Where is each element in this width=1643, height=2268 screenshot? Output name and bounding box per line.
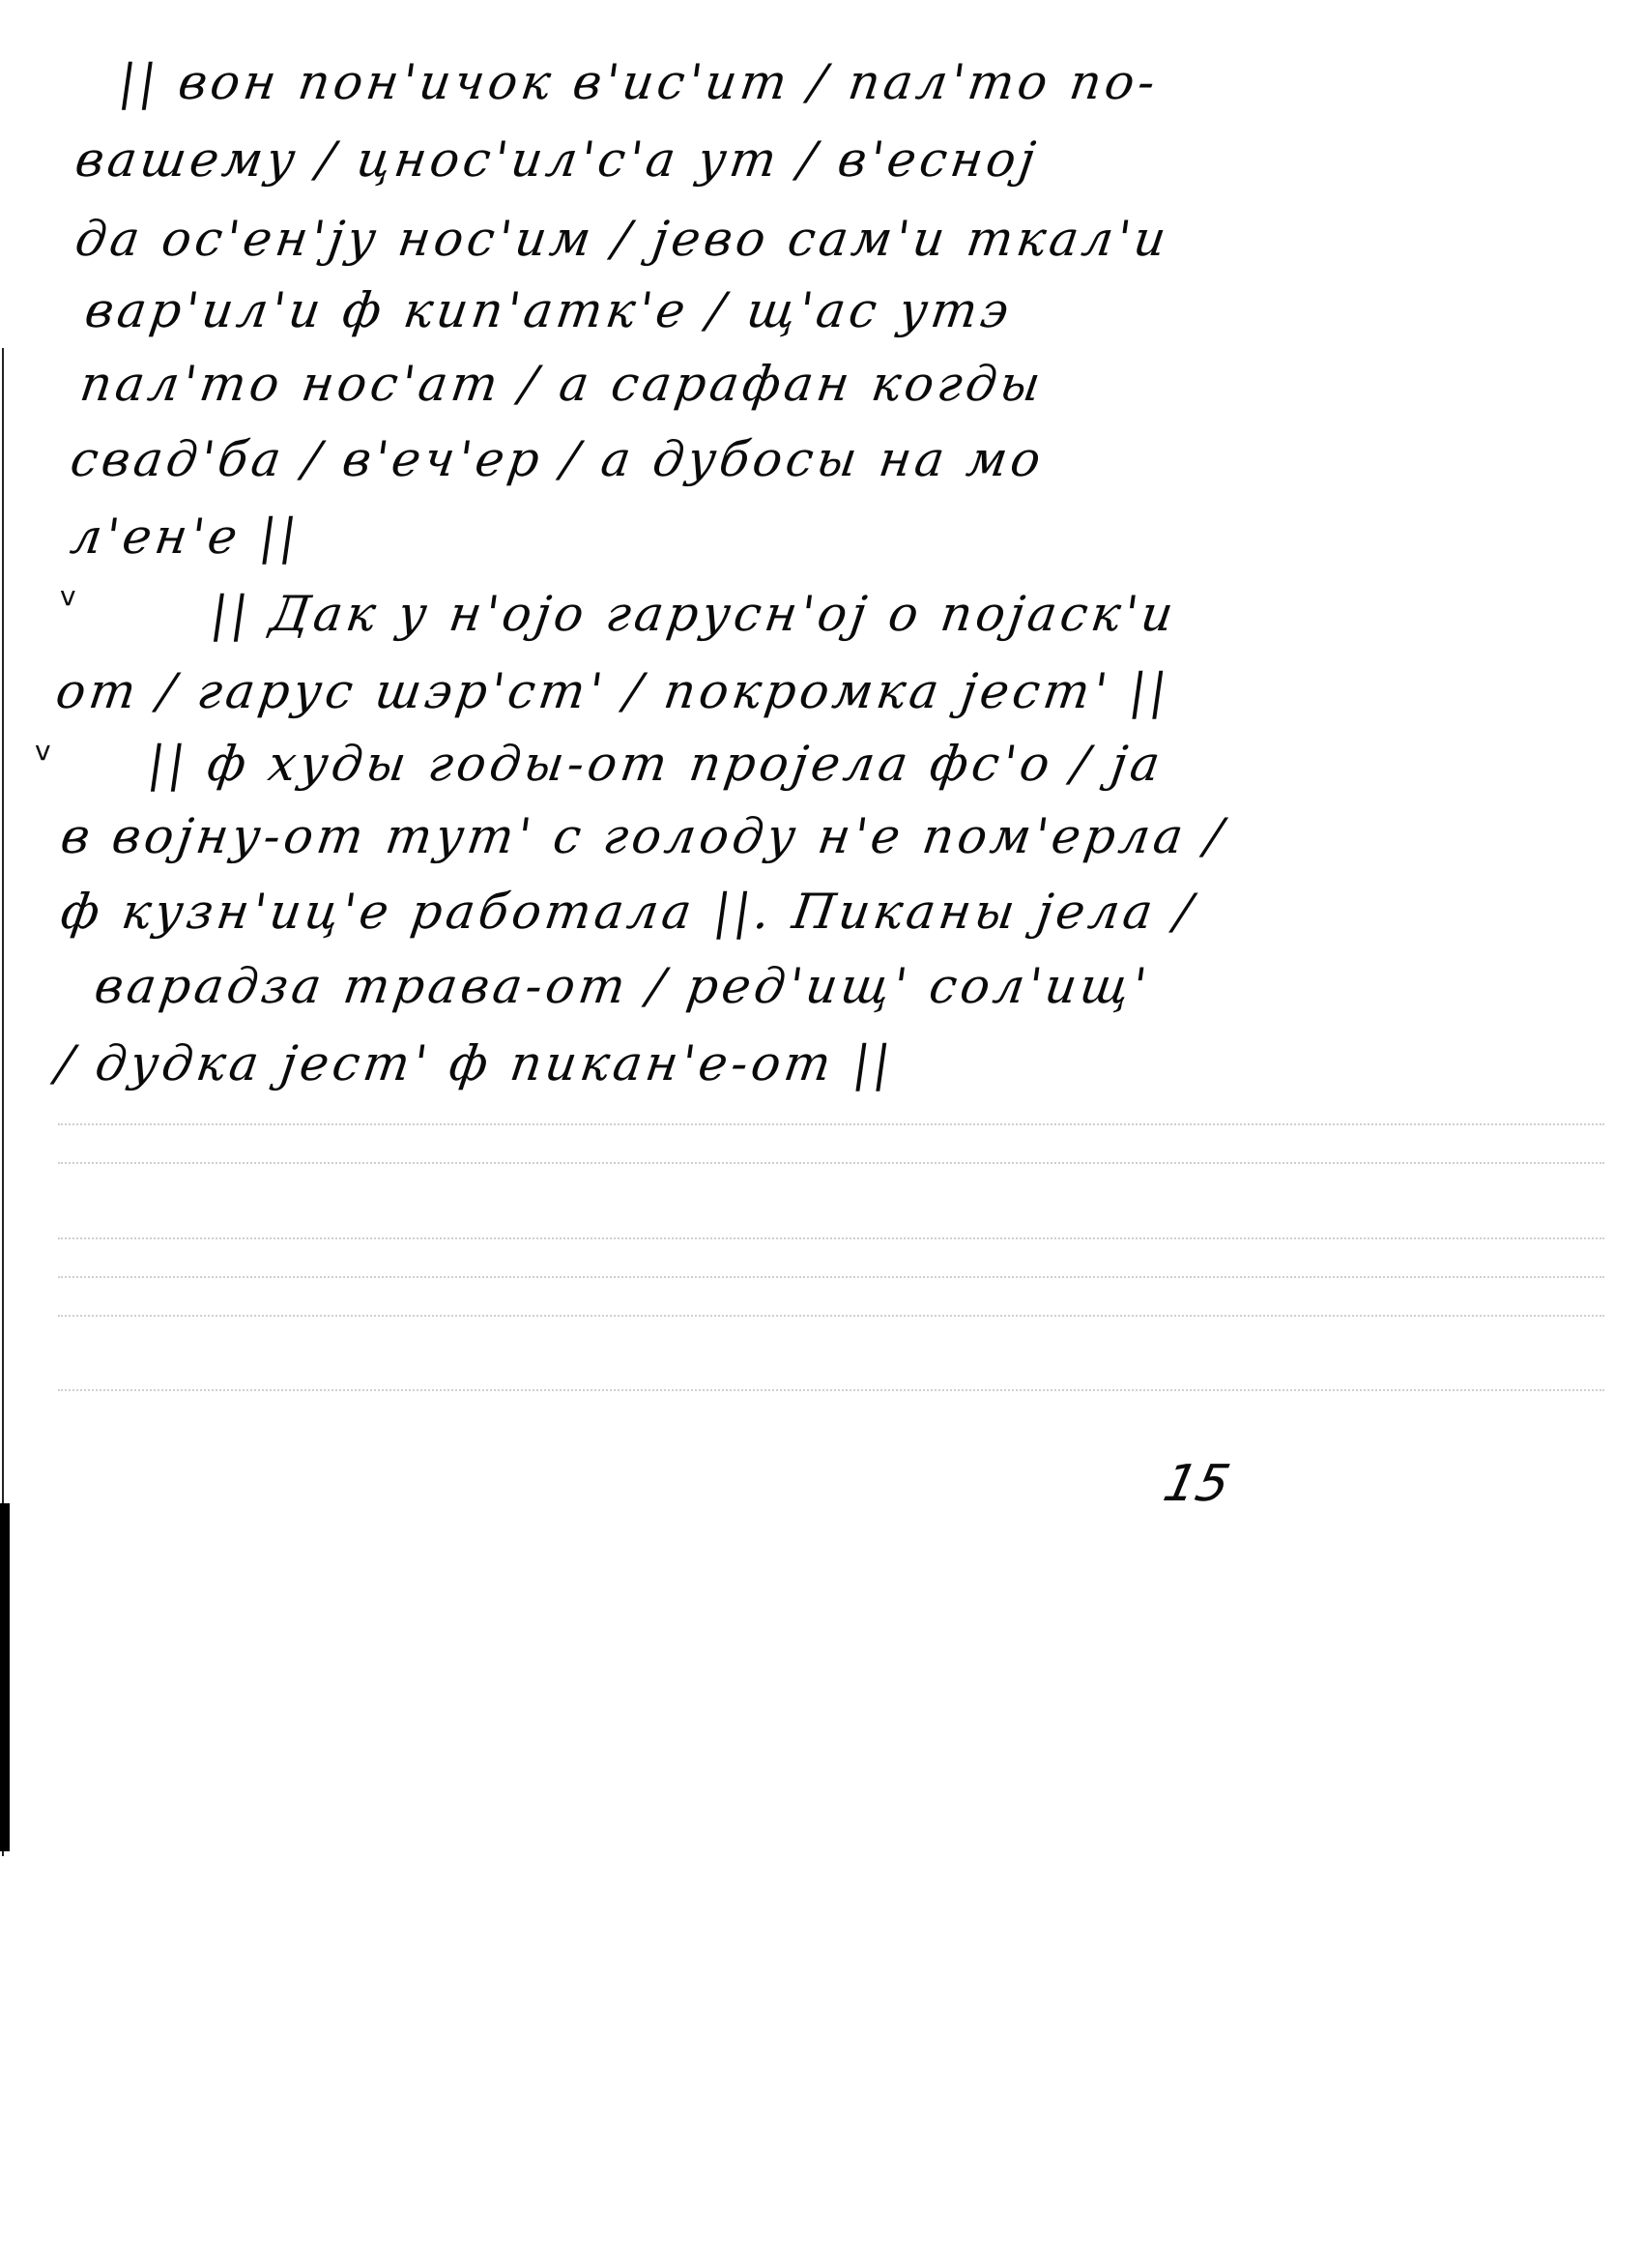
- scanned-page: v v || вон пон'ичок в'ис'ит / пал'то по-…: [0, 0, 1643, 2268]
- text-line-14: / дудка јест' ф пикан'е-от ||: [53, 1039, 897, 1088]
- text-line-9: от / гарус шэр'ст' / покромка јест' ||: [53, 667, 1173, 715]
- scan-edge-shadow: [0, 1503, 10, 1851]
- text-line-10: || ф худы годы-от пројела фс'о / ја: [145, 740, 1167, 788]
- page-number: 15: [1159, 1455, 1235, 1513]
- text-line-12: ф кузн'иц'е работала ||. Пиканы јела /: [58, 887, 1198, 936]
- margin-check-mark: v: [35, 735, 51, 767]
- text-line-1: || вон пон'ичок в'ис'ит / пал'то по-: [116, 58, 1162, 106]
- ruling-line: [58, 1389, 1604, 1391]
- text-line-6: свад'ба / в'еч'ер / а дубосы на мо: [68, 435, 1048, 483]
- text-line-13: варадза трава-от / ред'ищ' сол'ищ': [92, 962, 1153, 1010]
- text-line-8: || Дак у н'ојо гарусн'ој о појаск'и: [208, 590, 1180, 638]
- ruling-line: [58, 1276, 1604, 1278]
- text-line-4: вар'ил'и ф кип'атк'е / щ'ас утэ: [82, 286, 1016, 334]
- text-line-7: л'ен'е ||: [68, 512, 303, 561]
- text-line-11: в војну-от тут' с голоду н'е пом'ерла /: [58, 812, 1229, 860]
- ruling-line: [58, 1162, 1604, 1164]
- ruling-line: [58, 1237, 1604, 1239]
- margin-check-mark: v: [60, 580, 76, 612]
- text-line-3: да ос'ен'ју нос'им / јево сам'и ткал'и: [72, 215, 1172, 263]
- ruling-line: [58, 1315, 1604, 1317]
- text-line-2: вашему / цнос'ил'с'а ут / в'есној: [72, 135, 1042, 184]
- text-line-5: пал'то нос'ат / а сарафан когды: [77, 360, 1047, 408]
- ruling-line: [58, 1123, 1604, 1125]
